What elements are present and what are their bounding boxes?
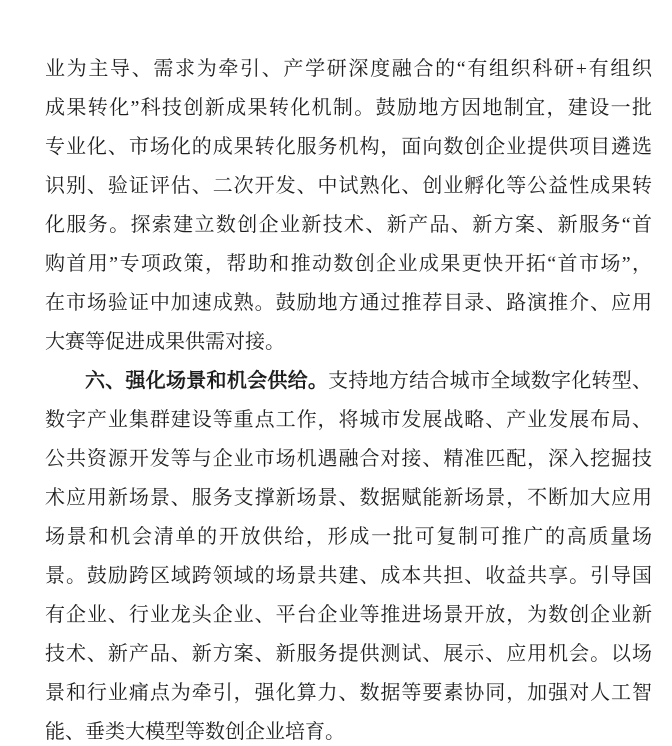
text-line: 识别、验证评估、二次开发、中试熟化、创业孵化等公益性成果转: [45, 167, 652, 206]
text-line: 购首用”专项政策，帮助和推动数创企业成果更快开拓“首市场”，: [45, 245, 652, 284]
text-span: 支持地方结合城市全域数字化转型、: [328, 370, 652, 392]
document-body: 业为主导、需求为牵引、产学研深度融合的“有组织科研+有组织 成果转化”科技创新成…: [45, 50, 652, 746]
paragraph-last-line: 大赛等促进成果供需对接。: [45, 323, 652, 362]
text-line: 技术、新产品、新方案、新服务提供测试、展示、应用机会。以场: [45, 635, 652, 674]
text-line: 在市场验证中加速成熟。鼓励地方通过推荐目录、路演推介、应用: [45, 284, 652, 323]
text-line: 公共资源开发等与企业市场机遇融合对接、精准匹配，深入挖掘技: [45, 440, 652, 479]
text-line: 专业化、市场化的成果转化服务机构，面向数创企业提供项目遴选: [45, 128, 652, 167]
text-line: 六、强化场景和机会供给。支持地方结合城市全域数字化转型、: [45, 362, 652, 401]
text-line: 业为主导、需求为牵引、产学研深度融合的“有组织科研+有组织: [45, 50, 652, 89]
text-line: 场景和机会清单的开放供给，形成一批可复制可推广的高质量场: [45, 518, 652, 557]
text-line: 有企业、行业龙头企业、平台企业等推进场景开放，为数创企业新: [45, 596, 652, 635]
paragraph-last-line: 能、垂类大模型等数创企业培育。: [45, 713, 652, 746]
text-line: 成果转化”科技创新成果转化机制。鼓励地方因地制宜，建设一批: [45, 89, 652, 128]
text-line: 景和行业痛点为牵引，强化算力、数据等要素协同，加强对人工智: [45, 674, 652, 713]
text-line: 术应用新场景、服务支撑新场景、数据赋能新场景，不断加大应用: [45, 479, 652, 518]
text-line: 景。鼓励跨区域跨领域的场景共建、成本共担、收益共享。引导国: [45, 557, 652, 596]
section-heading: 六、强化场景和机会供给。: [85, 370, 328, 392]
text-line: 数字产业集群建设等重点工作，将城市发展战略、产业发展布局、: [45, 401, 652, 440]
document-page: 业为主导、需求为牵引、产学研深度融合的“有组织科研+有组织 成果转化”科技创新成…: [0, 0, 672, 746]
text-line: 化服务。探索建立数创企业新技术、新产品、新方案、新服务“首: [45, 206, 652, 245]
